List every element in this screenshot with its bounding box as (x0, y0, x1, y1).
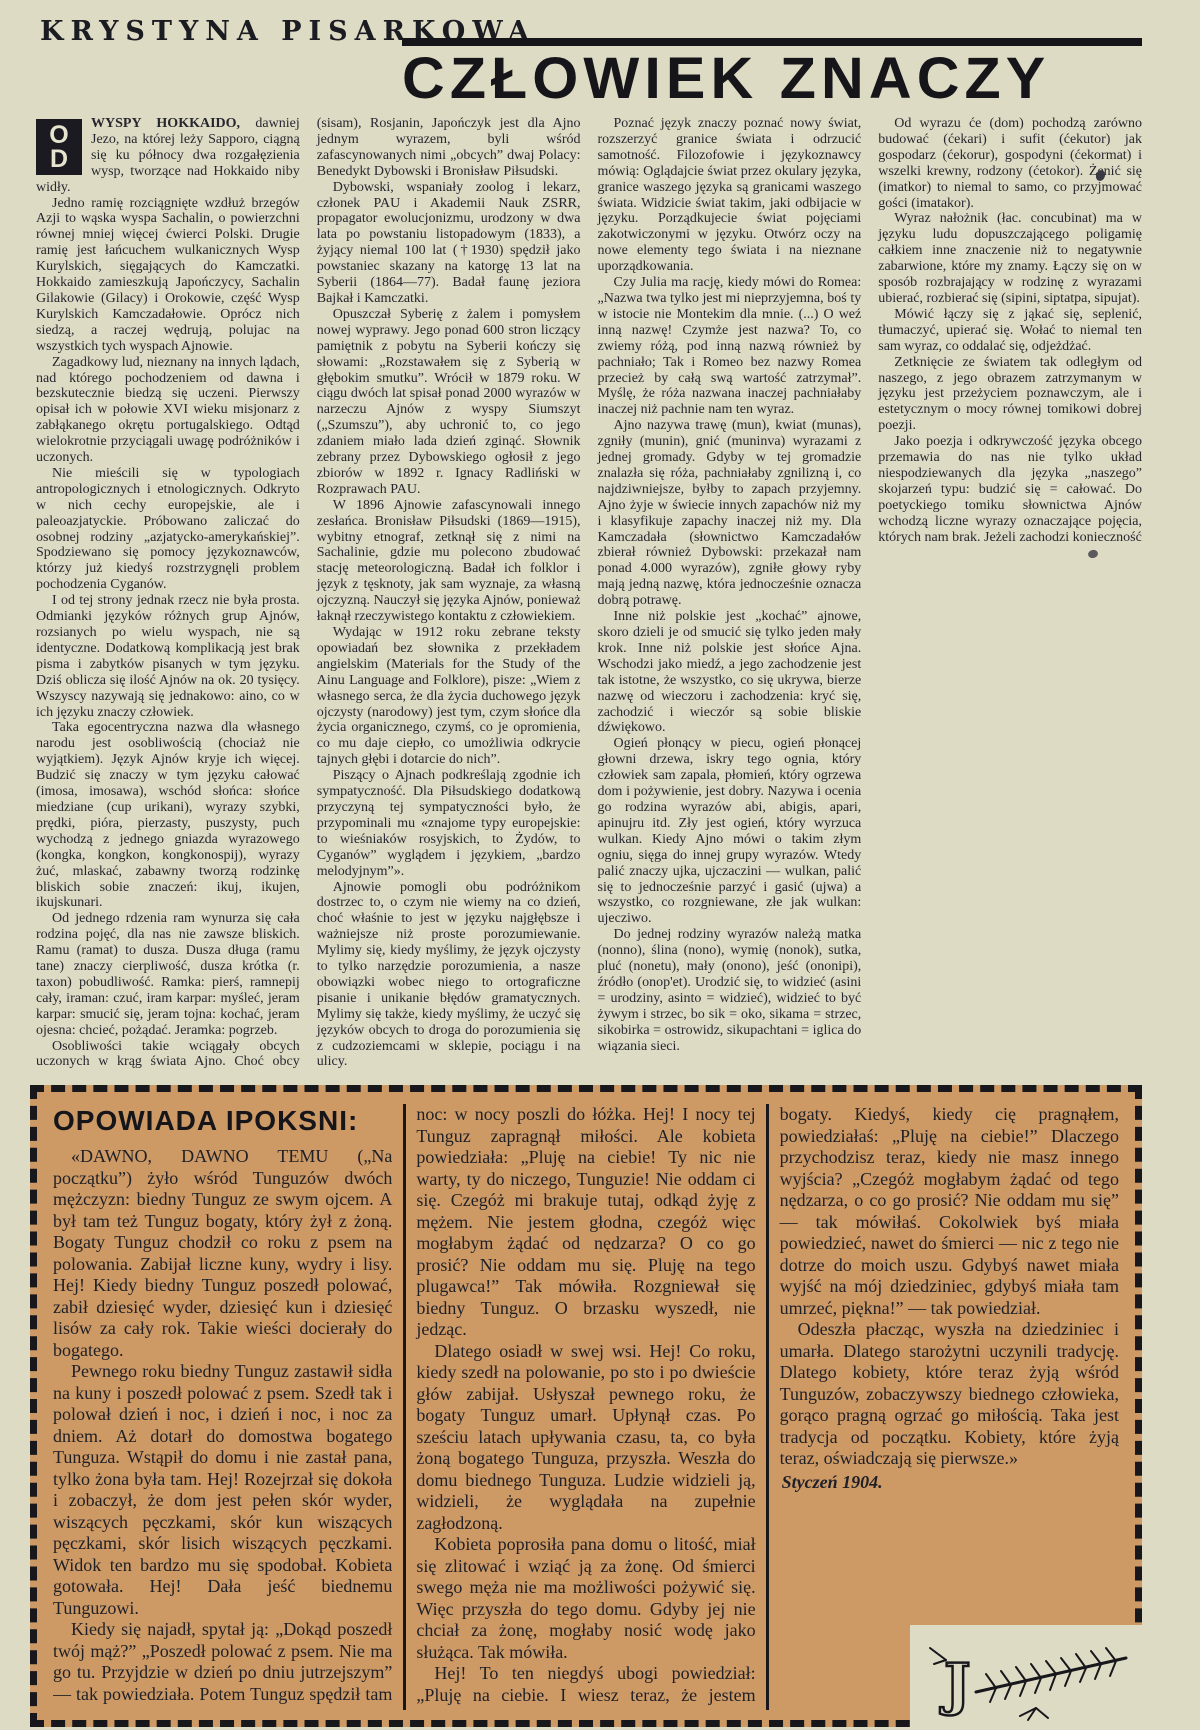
magazine-page: KRYSTYNA PISARKOWA CZŁOWIEK ZNACZY ODWYS… (0, 0, 1200, 1730)
article-paragraph: Taka egocentryczna nazwa dla własnego na… (36, 720, 300, 911)
article-columns: ODWYSPY HOKKAIDO, dawniej Jezo, na które… (36, 116, 1142, 1074)
article-paragraph: Dybowski, wspaniały zoolog i lekarz, czł… (317, 180, 581, 307)
story-paragraph: Dlatego osiadł w swej wsi. Hej! Co roku,… (416, 1341, 755, 1535)
article-paragraph: Opuszczał Syberię z żalem i pomysłem now… (317, 307, 581, 498)
story-heading: OPOWIADA IPOKSNI: (53, 1104, 392, 1138)
story-columns: OPOWIADA IPOKSNI: «DAWNO, DAWNO TEMU („N… (53, 1104, 1119, 1710)
colophon-notch: J (910, 1625, 1142, 1727)
article-paragraph: Inne niż polskie jest „kochać” ajnowe, s… (598, 609, 862, 736)
article-paragraph: I od tej strony jednak rzecz nie była pr… (36, 593, 300, 720)
story-body: «DAWNO, DAWNO TEMU („Na początku”) żyło … (53, 1104, 1119, 1710)
article-paragraph: Ogień płonący w piecu, ogień płonącej gł… (598, 736, 862, 927)
article-paragraph: Jako poezja i odkrywczość języka obcego … (878, 434, 1142, 545)
article-paragraph: W 1896 Ajnowie zafascynowali innego zesł… (317, 498, 581, 625)
article-paragraph: Zagadkowy lud, nieznany na innych lądach… (36, 355, 300, 466)
page-title: CZŁOWIEK ZNACZY (402, 50, 1159, 108)
story-paragraph: Odeszła płacząc, wyszła na dziedziniec i… (780, 1319, 1119, 1470)
article-paragraph: Ajno nazywa trawę (mun), kwiat (munas), … (598, 418, 862, 609)
article-paragraph: Jedno ramię rozciągnięte wzdłuż brzegów … (36, 196, 300, 355)
fir-branch-icon: J (916, 1630, 1136, 1722)
article-paragraph: Wyraz nałożnik (łac. concubinat) ma w ję… (878, 211, 1142, 306)
dropcap-od: OD (36, 119, 82, 175)
article-paragraph: Piszący o Ajnach podkreślają zgodnie ich… (317, 768, 581, 879)
article-paragraph: Do jednej rodziny wyrazów należą matka (… (598, 927, 862, 1054)
dropcap-letter-d: D (50, 147, 68, 171)
article-paragraph: Ajnowie pomogli obu podróżnikom dostrzec… (317, 880, 581, 1071)
article-paragraph: Nie mieścili się w typologiach antropolo… (36, 466, 300, 593)
headline-rule (402, 38, 1142, 46)
story-box: OPOWIADA IPOKSNI: «DAWNO, DAWNO TEMU („N… (30, 1085, 1142, 1727)
article-lead-paragraph: ODWYSPY HOKKAIDO, dawniej Jezo, na które… (36, 116, 300, 196)
article-paragraph: Od wyrazu će (dom) pochodzą zarówno budo… (878, 116, 1142, 211)
dropcap-letter-o: O (49, 123, 68, 147)
article-paragraph: Mówić łączy się z jąkać się, seplenić, t… (878, 307, 1142, 355)
article-body: Jedno ramię rozciągnięte wzdłuż brzegów … (36, 116, 1142, 1074)
story-paragraph: Kobieta poprosiła pana domu o litość, mi… (416, 1534, 755, 1663)
article-paragraph: Wydając w 1912 roku zebrane teksty opowi… (317, 625, 581, 768)
svg-text:J: J (939, 1652, 971, 1718)
article-paragraph: Poznać język znaczy poznać nowy świat, r… (598, 116, 862, 275)
story-signature: Styczeń 1904. (780, 1472, 1119, 1494)
article-paragraph: Od jednego rdzenia ram wynurza się cała … (36, 911, 300, 1038)
story-paragraph: «DAWNO, DAWNO TEMU („Na początku”) żyło … (53, 1146, 392, 1361)
lead-in-bold: WYSPY HOKKAIDO, (91, 116, 240, 131)
article-paragraph: Czy Julia ma rację, kiedy mówi do Romea:… (598, 275, 862, 418)
story-paragraph: Pewnego roku biedny Tunguz zastawił sidł… (53, 1361, 392, 1619)
article-paragraph: Zetknięcie ze światem tak odległym od na… (878, 355, 1142, 435)
